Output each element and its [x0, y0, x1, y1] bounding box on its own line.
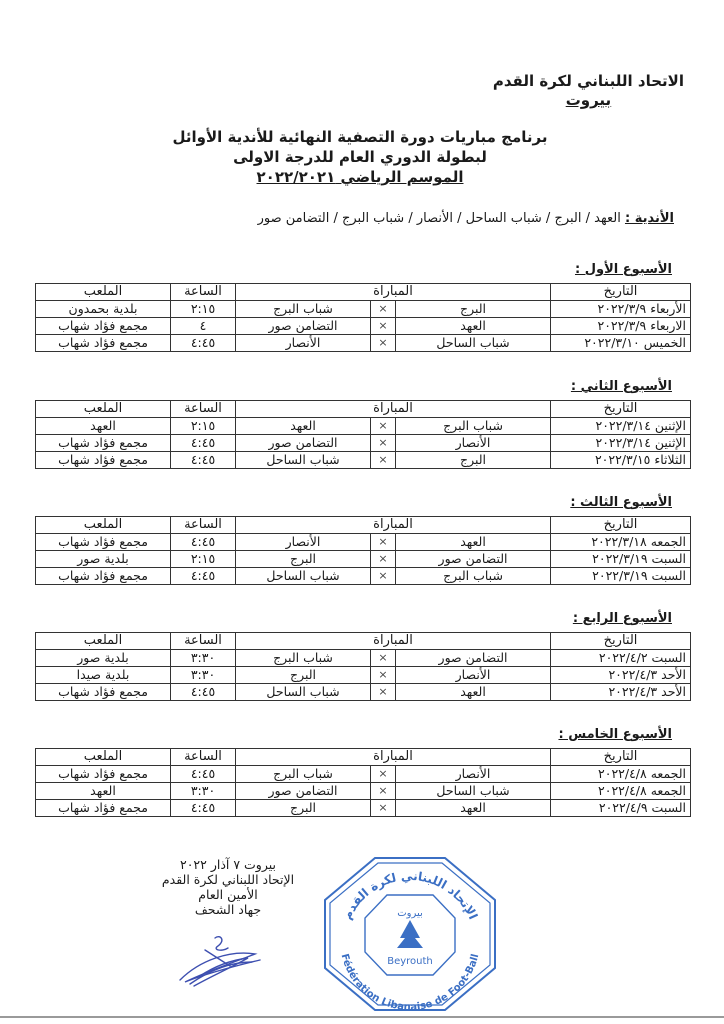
- kickoff-time: ٢:١٥: [171, 301, 236, 318]
- home-team: شباب البرج: [396, 568, 551, 585]
- home-team: الأنصار: [396, 667, 551, 684]
- stadium: مجمع فؤاد شهاب: [36, 452, 171, 469]
- home-team: التضامن صور: [396, 551, 551, 568]
- letterhead: الاتحاد اللبناني لكرة القدم بيروت: [493, 72, 684, 110]
- table-row: الأحد ٢٠٢٢/٤/٣ الأنصار × البرج ٣:٣٠ بلدي…: [36, 667, 691, 684]
- title-line-1: برنامج مباريات دورة التصفية النهائية للأ…: [150, 127, 570, 147]
- col-stadium: الملعب: [36, 749, 171, 766]
- match-date: الإثنين ٢٠٢٢/٣/١٤: [551, 435, 691, 452]
- stadium: مجمع فؤاد شهاب: [36, 435, 171, 452]
- away-team: شباب الساحل: [236, 568, 371, 585]
- vs-mark: ×: [371, 418, 396, 435]
- week-title: الأسبوع الأول :: [575, 262, 672, 277]
- table-header-row: التاريخ المباراة الساعة الملعب: [36, 749, 691, 766]
- table-row: الاربعاء ٢٠٢٢/٣/٩ العهد × التضامن صور ٤ …: [36, 318, 691, 335]
- home-team: البرج: [396, 452, 551, 469]
- stadium: العهد: [36, 418, 171, 435]
- stadium: مجمع فؤاد شهاب: [36, 766, 171, 783]
- col-stadium: الملعب: [36, 633, 171, 650]
- stadium: مجمع فؤاد شهاب: [36, 335, 171, 352]
- home-team: شباب الساحل: [396, 783, 551, 800]
- col-date: التاريخ: [551, 517, 691, 534]
- federation-stamp-icon: الإتحاد اللبناني لكرة القدم Fédération L…: [305, 850, 515, 1020]
- table-row: السبت ٢٠٢٢/٤/٢ التضامن صور × شباب البرج …: [36, 650, 691, 667]
- home-team: الأنصار: [396, 435, 551, 452]
- table-row: السبت ٢٠٢٢/٣/١٩ التضامن صور × البرج ٢:١٥…: [36, 551, 691, 568]
- stadium: العهد: [36, 783, 171, 800]
- home-team: العهد: [396, 684, 551, 701]
- col-time: الساعة: [171, 517, 236, 534]
- col-date: التاريخ: [551, 401, 691, 418]
- col-match: المباراة: [236, 401, 551, 418]
- week-title: الأسبوع الخامس :: [558, 727, 672, 742]
- col-time: الساعة: [171, 749, 236, 766]
- match-date: الإثنين ٢٠٢٢/٣/١٤: [551, 418, 691, 435]
- kickoff-time: ٤:٤٥: [171, 766, 236, 783]
- away-team: البرج: [236, 667, 371, 684]
- svg-text:Beyrouth: Beyrouth: [387, 956, 433, 967]
- home-team: التضامن صور: [396, 650, 551, 667]
- away-team: شباب البرج: [236, 301, 371, 318]
- vs-mark: ×: [371, 650, 396, 667]
- table-row: الإثنين ٢٠٢٢/٣/١٤ الأنصار × التضامن صور …: [36, 435, 691, 452]
- col-match: المباراة: [236, 517, 551, 534]
- match-date: الثلاثاء ٢٠٢٢/٣/١٥: [551, 452, 691, 469]
- stadium: بلدية بحمدون: [36, 301, 171, 318]
- col-time: الساعة: [171, 401, 236, 418]
- stadium: بلدية صور: [36, 551, 171, 568]
- title-line-2: لبطولة الدوري العام للدرجة الاولى: [150, 147, 570, 167]
- signature-block: بيروت ٧ آذار ٢٠٢٢ الإتحاد اللبناني لكرة …: [148, 857, 308, 917]
- handwritten-signature-icon: [160, 930, 270, 990]
- vs-mark: ×: [371, 435, 396, 452]
- svg-text:بيروت: بيروت: [397, 908, 423, 919]
- match-date: السبت ٢٠٢٢/٤/٢: [551, 650, 691, 667]
- vs-mark: ×: [371, 551, 396, 568]
- schedule-table: التاريخ المباراة الساعة الملعب الجمعه ٢٠…: [35, 748, 691, 817]
- vs-mark: ×: [371, 568, 396, 585]
- match-date: الأربعاء ٢٠٢٢/٣/٩: [551, 301, 691, 318]
- kickoff-time: ٣:٣٠: [171, 783, 236, 800]
- kickoff-time: ٢:١٥: [171, 551, 236, 568]
- week-title: الأسبوع الثالث :: [570, 495, 672, 510]
- week-title: الأسبوع الرابع :: [573, 611, 672, 626]
- away-team: التضامن صور: [236, 783, 371, 800]
- vs-mark: ×: [371, 452, 396, 469]
- vs-mark: ×: [371, 800, 396, 817]
- stadium: مجمع فؤاد شهاب: [36, 534, 171, 551]
- kickoff-time: ٢:١٥: [171, 418, 236, 435]
- week-title: الأسبوع الثاني :: [571, 379, 672, 394]
- col-match: المباراة: [236, 284, 551, 301]
- away-team: شباب الساحل: [236, 452, 371, 469]
- table-header-row: التاريخ المباراة الساعة الملعب: [36, 284, 691, 301]
- match-date: السبت ٢٠٢٢/٤/٩: [551, 800, 691, 817]
- stadium: مجمع فؤاد شهاب: [36, 568, 171, 585]
- away-team: البرج: [236, 551, 371, 568]
- match-date: الجمعه ٢٠٢٢/٤/٨: [551, 766, 691, 783]
- table-row: الأربعاء ٢٠٢٢/٣/٩ البرج × شباب البرج ٢:١…: [36, 301, 691, 318]
- table-header-row: التاريخ المباراة الساعة الملعب: [36, 633, 691, 650]
- home-team: البرج: [396, 301, 551, 318]
- vs-mark: ×: [371, 667, 396, 684]
- col-stadium: الملعب: [36, 284, 171, 301]
- home-team: شباب الساحل: [396, 335, 551, 352]
- match-date: الجمعه ٢٠٢٢/٤/٨: [551, 783, 691, 800]
- vs-mark: ×: [371, 335, 396, 352]
- away-team: شباب البرج: [236, 766, 371, 783]
- table-row: الثلاثاء ٢٠٢٢/٣/١٥ البرج × شباب الساحل ٤…: [36, 452, 691, 469]
- kickoff-time: ٤:٤٥: [171, 452, 236, 469]
- stadium: مجمع فؤاد شهاب: [36, 684, 171, 701]
- col-time: الساعة: [171, 284, 236, 301]
- away-team: شباب البرج: [236, 650, 371, 667]
- col-date: التاريخ: [551, 284, 691, 301]
- home-team: العهد: [396, 534, 551, 551]
- stadium: بلدية صور: [36, 650, 171, 667]
- match-date: الاربعاء ٢٠٢٢/٣/٩: [551, 318, 691, 335]
- document-page: الاتحاد اللبناني لكرة القدم بيروت برنامج…: [0, 0, 724, 1024]
- col-date: التاريخ: [551, 749, 691, 766]
- home-team: الأنصار: [396, 766, 551, 783]
- table-row: الجمعه ٢٠٢٢/٤/٨ شباب الساحل × التضامن صو…: [36, 783, 691, 800]
- away-team: الأنصار: [236, 335, 371, 352]
- season-label: الموسم الرياضي ٢٠٢٢/٢٠٢١: [150, 167, 570, 187]
- kickoff-time: ٤:٤٥: [171, 568, 236, 585]
- match-date: الأحد ٢٠٢٢/٤/٣: [551, 667, 691, 684]
- col-time: الساعة: [171, 633, 236, 650]
- col-match: المباراة: [236, 633, 551, 650]
- kickoff-time: ٤:٤٥: [171, 800, 236, 817]
- signature-org: الإتحاد اللبناني لكرة القدم: [148, 872, 308, 887]
- home-team: شباب البرج: [396, 418, 551, 435]
- match-date: الخميس ٢٠٢٢/٣/١٠: [551, 335, 691, 352]
- page-bottom-rule: [0, 1016, 724, 1018]
- kickoff-time: ٤: [171, 318, 236, 335]
- clubs-label: الأندية :: [625, 211, 674, 226]
- col-match: المباراة: [236, 749, 551, 766]
- signature-name: جهاد الشحف: [148, 902, 308, 917]
- table-row: السبت ٢٠٢٢/٤/٩ العهد × البرج ٤:٤٥ مجمع ف…: [36, 800, 691, 817]
- stadium: مجمع فؤاد شهاب: [36, 318, 171, 335]
- kickoff-time: ٣:٣٠: [171, 650, 236, 667]
- kickoff-time: ٤:٤٥: [171, 435, 236, 452]
- table-row: الجمعه ٢٠٢٢/٣/١٨ العهد × الأنصار ٤:٤٥ مج…: [36, 534, 691, 551]
- match-date: الجمعه ٢٠٢٢/٣/١٨: [551, 534, 691, 551]
- table-header-row: التاريخ المباراة الساعة الملعب: [36, 401, 691, 418]
- schedule-table: التاريخ المباراة الساعة الملعب الأربعاء …: [35, 283, 691, 352]
- schedule-table: التاريخ المباراة الساعة الملعب السبت ٢٠٢…: [35, 632, 691, 701]
- table-row: الإثنين ٢٠٢٢/٣/١٤ شباب البرج × العهد ٢:١…: [36, 418, 691, 435]
- stadium: بلدية صيدا: [36, 667, 171, 684]
- kickoff-time: ٤:٤٥: [171, 684, 236, 701]
- away-team: البرج: [236, 800, 371, 817]
- table-header-row: التاريخ المباراة الساعة الملعب: [36, 517, 691, 534]
- away-team: التضامن صور: [236, 318, 371, 335]
- away-team: الأنصار: [236, 534, 371, 551]
- org-city: بيروت: [493, 91, 684, 110]
- col-stadium: الملعب: [36, 517, 171, 534]
- schedule-table: التاريخ المباراة الساعة الملعب الجمعه ٢٠…: [35, 516, 691, 585]
- clubs-list: العهد / البرج / شباب الساحل / الأنصار / …: [258, 211, 621, 226]
- table-row: السبت ٢٠٢٢/٣/١٩ شباب البرج × شباب الساحل…: [36, 568, 691, 585]
- org-name: الاتحاد اللبناني لكرة القدم: [493, 72, 684, 90]
- kickoff-time: ٤:٤٥: [171, 335, 236, 352]
- schedule-table: التاريخ المباراة الساعة الملعب الإثنين ٢…: [35, 400, 691, 469]
- vs-mark: ×: [371, 534, 396, 551]
- away-team: شباب الساحل: [236, 684, 371, 701]
- clubs-line: الأندية : العهد / البرج / شباب الساحل / …: [258, 211, 674, 226]
- vs-mark: ×: [371, 301, 396, 318]
- home-team: العهد: [396, 800, 551, 817]
- col-stadium: الملعب: [36, 401, 171, 418]
- document-title: برنامج مباريات دورة التصفية النهائية للأ…: [150, 127, 570, 187]
- away-team: التضامن صور: [236, 435, 371, 452]
- table-row: الأحد ٢٠٢٢/٤/٣ العهد × شباب الساحل ٤:٤٥ …: [36, 684, 691, 701]
- table-row: الجمعه ٢٠٢٢/٤/٨ الأنصار × شباب البرج ٤:٤…: [36, 766, 691, 783]
- match-date: الأحد ٢٠٢٢/٤/٣: [551, 684, 691, 701]
- signature-place-date: بيروت ٧ آذار ٢٠٢٢: [148, 857, 308, 872]
- stadium: مجمع فؤاد شهاب: [36, 800, 171, 817]
- home-team: العهد: [396, 318, 551, 335]
- match-date: السبت ٢٠٢٢/٣/١٩: [551, 568, 691, 585]
- vs-mark: ×: [371, 766, 396, 783]
- table-row: الخميس ٢٠٢٢/٣/١٠ شباب الساحل × الأنصار ٤…: [36, 335, 691, 352]
- match-date: السبت ٢٠٢٢/٣/١٩: [551, 551, 691, 568]
- kickoff-time: ٤:٤٥: [171, 534, 236, 551]
- kickoff-time: ٣:٣٠: [171, 667, 236, 684]
- vs-mark: ×: [371, 684, 396, 701]
- col-date: التاريخ: [551, 633, 691, 650]
- away-team: العهد: [236, 418, 371, 435]
- signature-role: الأمين العام: [148, 887, 308, 902]
- vs-mark: ×: [371, 783, 396, 800]
- vs-mark: ×: [371, 318, 396, 335]
